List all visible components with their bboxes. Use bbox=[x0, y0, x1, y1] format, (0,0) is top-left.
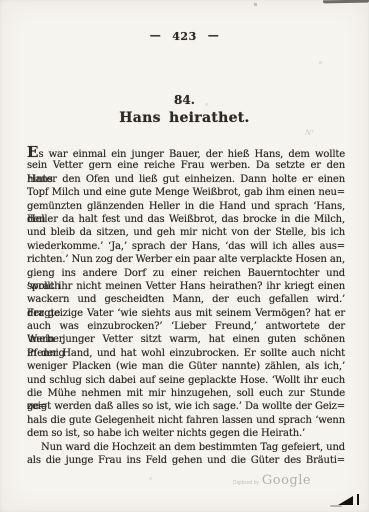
book-page: —423— 84. Hans heirathet. N' Es war einm… bbox=[0, 0, 369, 512]
text-line: sein Vetter gern eine reiche Frau werben… bbox=[27, 159, 345, 172]
text-line: Heller da halt fest und das Weißbrot, da… bbox=[27, 213, 345, 226]
text-line: und bleib da sitzen, und geh mir nicht v… bbox=[27, 226, 345, 239]
text-line: weniger Placken (wie man die Güter nannt… bbox=[27, 360, 345, 373]
text-line: hinter den Ofen und ließ gut einheizen. … bbox=[27, 173, 345, 186]
text-line: ‘wollt ihr nicht meinen Vetter Hans heir… bbox=[27, 280, 345, 293]
page-header: —423— bbox=[0, 30, 369, 43]
story-title: Hans heirathet. bbox=[0, 110, 369, 126]
text-line: wackern und gescheidten Mann, der euch g… bbox=[27, 293, 345, 306]
text-line: der geizige Vater ‘wie siehts aus mit se… bbox=[27, 307, 345, 320]
scan-smudge-top-right bbox=[323, 0, 369, 3]
story-body: Es war einmal ein junger Bauer, der hieß… bbox=[27, 146, 345, 467]
pencil-mark: N' bbox=[304, 128, 313, 137]
scan-speckles bbox=[0, 0, 1, 1]
watermark-prefix-label: Digitized by bbox=[233, 480, 259, 486]
text-line: und schlug sich dabei auf seine geplackt… bbox=[27, 374, 345, 387]
triangle-mark-icon bbox=[338, 496, 353, 505]
text-line: die Mühe nehmen mit mir hinzugehen, soll… bbox=[27, 387, 345, 400]
text-line: Topf Milch und eine gute Menge Weißbrot,… bbox=[27, 186, 345, 199]
drop-cap: E bbox=[27, 143, 38, 161]
text-line: Es war einmal ein junger Bauer, der hieß… bbox=[27, 146, 345, 159]
bar-mark-icon bbox=[357, 494, 359, 505]
scan-smudge-bottom-right bbox=[330, 505, 342, 507]
watermark-brand-label: Google bbox=[262, 473, 311, 488]
text-line: gemünzten glänzenden Heller in die Hand … bbox=[27, 200, 345, 213]
page-number: 423 bbox=[172, 30, 196, 43]
section-number: 84. bbox=[0, 93, 369, 107]
header-dash-left: — bbox=[150, 29, 162, 42]
text-line: auch was einzubrocken?’ ‘Lieber Freund,’… bbox=[27, 320, 345, 333]
text-line: in der Hand, und hat wohl einzubrocken. … bbox=[27, 347, 345, 360]
text-line: gieng ins andere Dorf zu einer reichen B… bbox=[27, 267, 345, 280]
header-dash-right: — bbox=[208, 29, 220, 42]
scan-corner-mark bbox=[338, 486, 359, 505]
text-line: dem so ist, so habe ich weiter nichts ge… bbox=[27, 427, 345, 440]
text-line: Nun ward die Hochzeit an dem bestimmten … bbox=[27, 441, 345, 454]
text-line: hals die gute Gelegenheit nicht fahren l… bbox=[27, 414, 345, 427]
text-line: zeigt werden daß alles so ist, wie ich s… bbox=[27, 400, 345, 413]
text-line: wiederkomme.’ ‘Ja,’ sprach der Hans, ‘da… bbox=[27, 240, 345, 253]
text-line: richten.’ Nun zog der Werber ein paar al… bbox=[27, 253, 345, 266]
text-line: ‘mein junger Vetter sitzt warm, hat eine… bbox=[27, 333, 345, 346]
text-line: als die junge Frau ins Feld gehen und di… bbox=[27, 454, 345, 467]
google-watermark: Digitized byGoogle bbox=[233, 469, 311, 488]
